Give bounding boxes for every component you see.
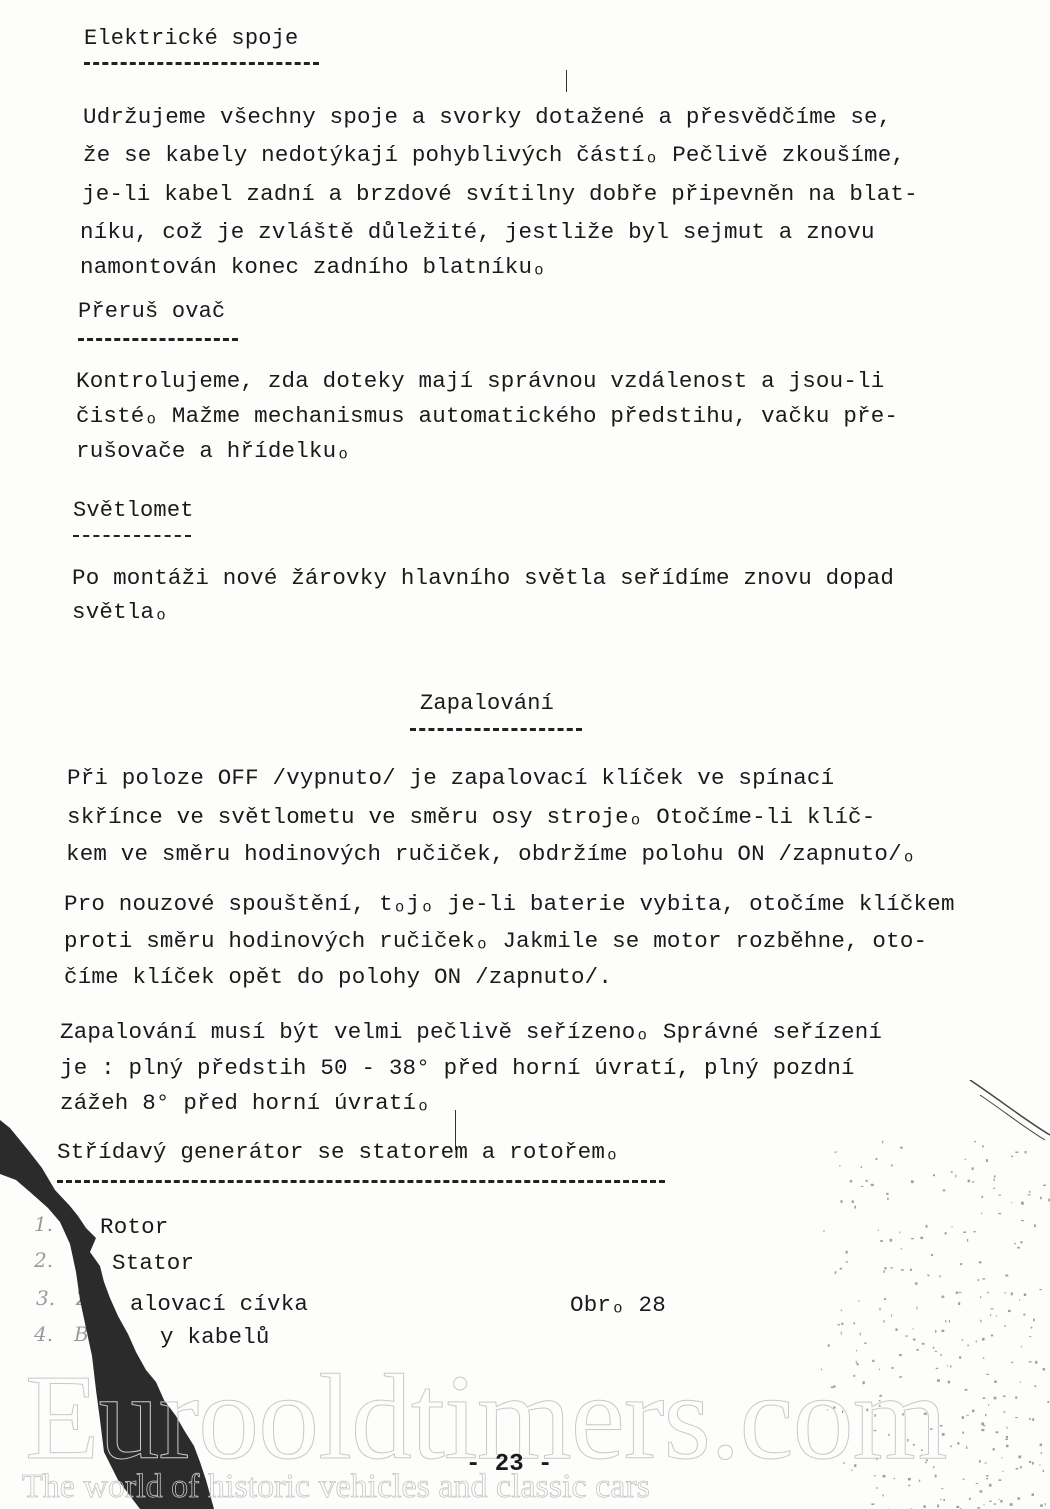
paragraph-line: Kontrolujeme, zda doteky mají správnou v… (76, 370, 884, 393)
paragraph-line: kem ve směru hodinových ručiček, obdržím… (66, 843, 916, 866)
paragraph-line: zážeh 8° před horní úvratíₒ (60, 1092, 430, 1115)
paragraph-line: světlaₒ (72, 601, 168, 624)
heading-elektricke-spoje: Elektrické spoje (84, 28, 298, 50)
heading-zapalovani: Zapalování (420, 693, 554, 715)
page-number: - 23 - (466, 1451, 552, 1478)
paragraph-line: čistéₒ Mažme mechanismus automatického p… (76, 405, 898, 428)
paragraph-line: níku, což je zvláště důležité, jestliže … (80, 221, 875, 244)
paragraph-line: že se kabely nedotýkají pohyblivých část… (83, 144, 905, 167)
paragraph-line: namontován konec zadního blatníkuₒ (80, 256, 546, 279)
paragraph-line: je : plný předstih 50 - 38° před horní ú… (60, 1057, 855, 1080)
heading-prerusovac: Přeruš ovač (78, 301, 225, 323)
scanned-page: Elektrické spoje Udržujeme všechny spoje… (0, 0, 1050, 1509)
paragraph-line: skřínce ve světlometu ve směru osy stroj… (67, 806, 875, 829)
paragraph-line: Pro nouzové spouštění, tₒjₒ je-li bateri… (64, 893, 955, 916)
paragraph-line: číme klíček opět do polohy ON /zapnuto/. (64, 966, 612, 989)
paragraph-line: je-li kabel zadní a brzdové svítilny dob… (82, 183, 918, 206)
pen-mark (566, 70, 567, 92)
paragraph-line: Po montáži nové žárovky hlavního světla … (72, 567, 894, 590)
heading-underline (84, 62, 319, 65)
watermark-tagline: The world of historic vehicles and class… (22, 1468, 650, 1506)
paragraph-line: Udržujeme všechny spoje a svorky dotažen… (83, 106, 891, 129)
paragraph-line: Při poloze OFF /vypnuto/ je zapalovací k… (67, 767, 834, 790)
pen-mark (455, 1110, 456, 1150)
paragraph-line: rušovače a hřídelkuₒ (76, 440, 350, 463)
heading-svetlomet: Světlomet (73, 500, 194, 522)
heading-underline (410, 728, 582, 731)
paragraph-line: Zapalování musí být velmi pečlivě seříze… (60, 1021, 882, 1044)
heading-underline (78, 338, 238, 341)
paragraph-line: proti směru hodinových ručičekₒ Jakmile … (64, 930, 927, 953)
figure-label: Obrₒ 28 (570, 1294, 666, 1317)
heading-underline (73, 535, 191, 537)
